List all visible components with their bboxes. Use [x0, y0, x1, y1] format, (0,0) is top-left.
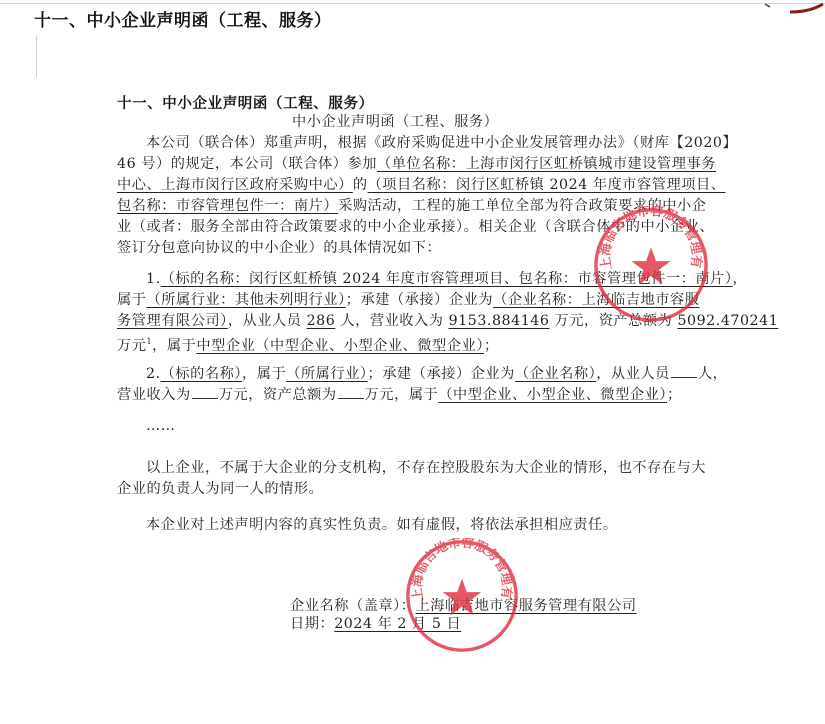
blank-field	[671, 364, 697, 378]
project-name: （项目名称：闵行区虹桥镇 2024 年度市容管理项目、	[368, 177, 726, 193]
signing-company-name: 上海临吉地市容服务管理有限公司	[416, 598, 637, 614]
intro-line-5: 业（或者：服务全部由符合政策要求的中小企业承接）。相关企业（含联合体中的中小企业…	[117, 218, 714, 236]
signing-date: 2024 年 2 月 5 日	[334, 616, 461, 632]
svg-text:上海临吉地市容服务管理有限公司: 上海临吉地市容服务管理有限公司	[592, 206, 705, 271]
scanned-declaration-letter: 十一、中小企业声明函（工程、服务） 中小企业声明函（工程、服务） 本公司（联合体…	[0, 0, 825, 724]
intro-line-3: 中心、上海市闵行区政府采购中心）的（项目名称：闵行区虹桥镇 2024 年度市容管…	[117, 176, 725, 194]
document-section-heading: 十一、中小企业声明函（工程、服务）	[117, 92, 374, 113]
revenue-value: 9153.884146	[449, 313, 550, 329]
letter-title: 中小企业声明函（工程、服务）	[292, 113, 498, 131]
branch-statement-line-1: 以上企业，不属于大企业的分支机构，不存在控股股东为大企业的情形，也不存在与大	[146, 459, 706, 477]
item1-line-1: 1.（标的名称：闵行区虹桥镇 2024 年度市容管理项目、包名称：市容管理包件一…	[146, 270, 747, 288]
responsibility-statement: 本企业对上述声明内容的真实性负责。如有虚假，将依法承担相应责任。	[146, 516, 618, 534]
intro-line-1: 本公司（联合体）郑重声明，根据《政府采购促进中小企业发展管理办法》（财库【202…	[146, 134, 737, 152]
signature-date: 日期：2024 年 2 月 5 日	[290, 615, 461, 633]
item1-line-3: 务管理有限公司），从业人员 286 人，营业收入为 9153.884146 万元…	[117, 312, 778, 330]
purchaser-name: （单位名称：上海市闵行区虹桥镇城市建设管理事务	[377, 156, 716, 172]
item1-line-4: 万元1，属于中型企业（中型企业、小型企业、微型企业）；	[117, 333, 499, 355]
company-seal-stamp: 上海临吉地市容服务管理有限公司	[404, 538, 520, 654]
employee-count: 286	[307, 313, 336, 329]
intro-line-2: 46 号）的规定，本公司（联合体）参加（单位名称：上海市闵行区虹桥镇城市建设管理…	[117, 155, 716, 173]
blank-field	[338, 385, 364, 399]
intro-line-4: 包名称：市容管理包件一：南片）采购活动，工程的施工单位全部为符合政策要求的中小企	[117, 197, 707, 215]
package-name: 包名称：市容管理包件一：南片）	[117, 198, 338, 214]
blank-field	[192, 385, 218, 399]
item2-line-1: 2.（标的名称），属于（所属行业）；承建（承接）企业为（企业名称），从业人员人，	[146, 364, 727, 383]
enterprise-size: 中型企业（中型企业、小型企业、微型企业）	[196, 338, 484, 354]
branch-statement-line-2: 企业的负责人为同一人的情形。	[117, 480, 323, 498]
svg-text:上海临吉地市容服务管理有限公司: 上海临吉地市容服务管理有限公司	[404, 538, 515, 602]
intro-line-6: 签订分包意向协议的中小企业）的具体情况如下：	[117, 239, 441, 257]
assets-value: 5092.470241	[677, 313, 778, 329]
ellipsis: ……	[146, 417, 175, 435]
item2-line-2: 营业收入为万元，资产总额为万元，属于（中型企业、小型企业、微型企业）；	[117, 385, 682, 404]
item1-line-2: 属于（所属行业：其他未列明行业）；承建（承接）企业为（企业名称：上海临吉地市容服	[117, 291, 699, 309]
signature-company: 企业名称（盖章）：上海临吉地市容服务管理有限公司	[290, 597, 637, 615]
